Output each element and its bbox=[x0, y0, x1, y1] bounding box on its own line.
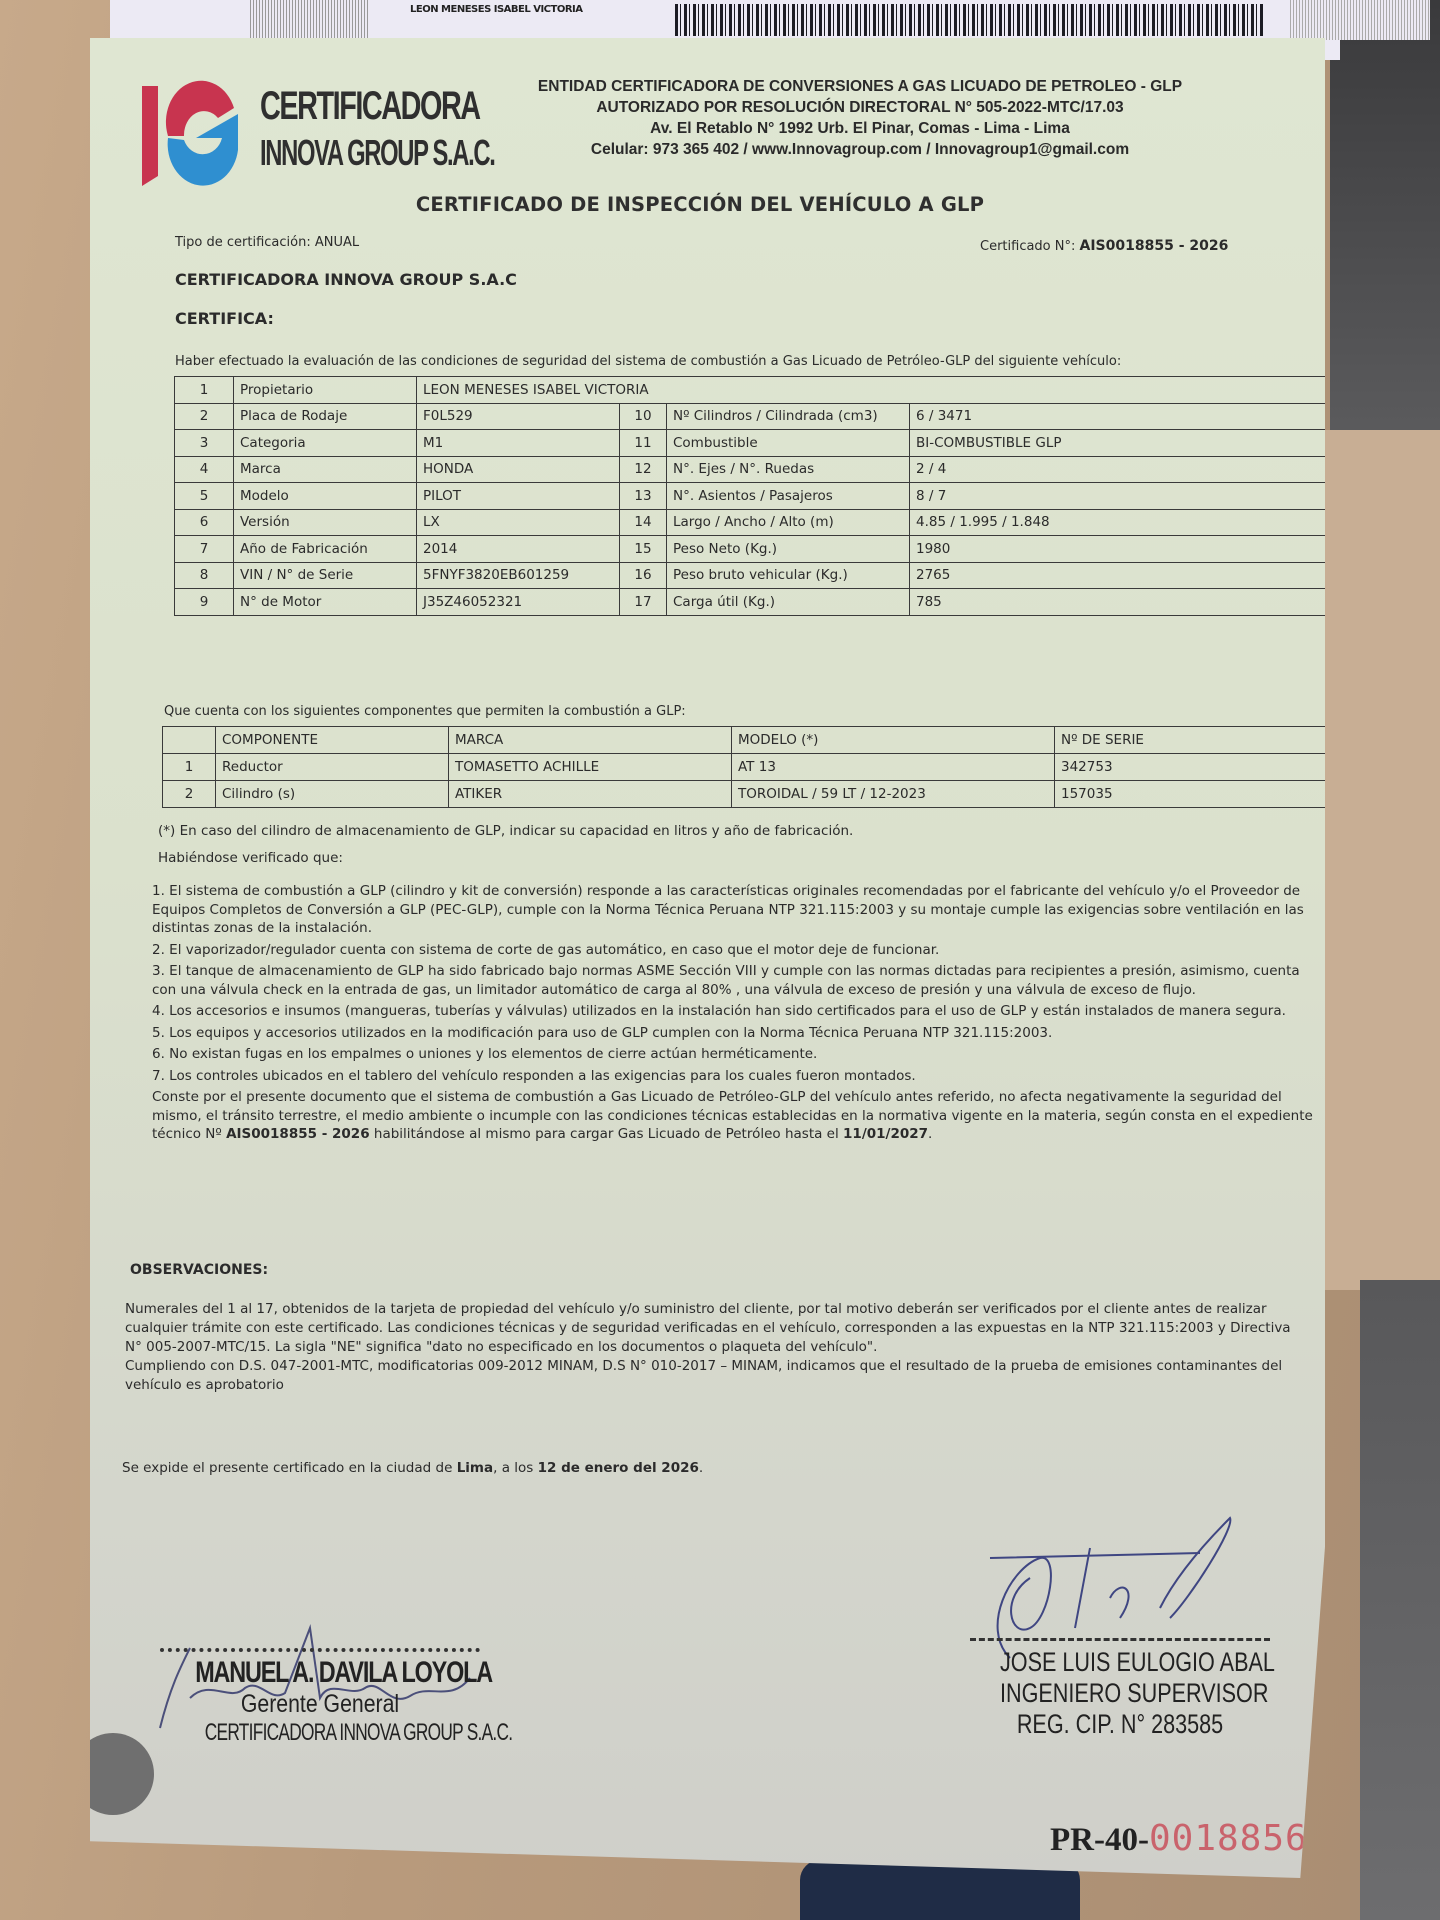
verified-item: 2. El vaporizador/regulador cuenta con s… bbox=[152, 941, 1322, 960]
row-number: 6 bbox=[175, 509, 234, 536]
component-cell: 342753 bbox=[1055, 754, 1332, 781]
certificate-page: CERTIFICADORA INNOVA GROUP S.A.C. ENTIDA… bbox=[90, 38, 1325, 1878]
issued-date: 12 de enero del 2026 bbox=[538, 1460, 699, 1476]
observation-1: Numerales del 1 al 17, obtenidos de la t… bbox=[125, 1300, 1310, 1357]
row-number: 2 bbox=[163, 781, 216, 808]
engineer-role: INGENIERO SUPERVISOR bbox=[1000, 1678, 1240, 1709]
manager-org: CERTIFICADORA INNOVA GROUP S.A.C. bbox=[205, 1719, 435, 1747]
field-label: Carga útil (Kg.) bbox=[667, 589, 910, 616]
field-value: PILOT bbox=[417, 483, 620, 510]
field-label: VIN / N° de Serie bbox=[234, 562, 417, 589]
field-value: 8 / 7 bbox=[910, 483, 1326, 510]
field-value: 1980 bbox=[910, 536, 1326, 563]
field-value: F0L529 bbox=[417, 403, 620, 430]
field-label: Placa de Rodaje bbox=[234, 403, 417, 430]
field-label: Propietario bbox=[234, 377, 417, 404]
field-value: 785 bbox=[910, 589, 1326, 616]
manager-role: Gerente General bbox=[184, 1690, 456, 1719]
verified-item: 6. No existan fugas en los empalmes o un… bbox=[152, 1045, 1322, 1064]
column-header: MODELO (*) bbox=[732, 727, 1055, 754]
field-value: 5FNYF3820EB601259 bbox=[417, 562, 620, 589]
field-label: N°. Asientos / Pasajeros bbox=[667, 483, 910, 510]
engineer-registration: REG. CIP. N° 283585 bbox=[1000, 1709, 1240, 1740]
table-row: 2Cilindro (s)ATIKERTOROIDAL / 59 LT / 12… bbox=[163, 781, 1332, 808]
cork-surface bbox=[1315, 430, 1440, 1290]
issued-statement: Se expide el presente certificado en la … bbox=[122, 1460, 703, 1476]
field-value: LX bbox=[417, 509, 620, 536]
row-number: 8 bbox=[175, 562, 234, 589]
component-cell: 157035 bbox=[1055, 781, 1332, 808]
observations-heading: OBSERVACIONES: bbox=[130, 1262, 268, 1278]
row-number: 2 bbox=[175, 403, 234, 430]
signature-line bbox=[970, 1638, 1270, 1641]
row-number: 1 bbox=[175, 377, 234, 404]
field-label: Combustible bbox=[667, 430, 910, 457]
field-value: LEON MENESES ISABEL VICTORIA bbox=[417, 377, 1326, 404]
vehicle-table: 1PropietarioLEON MENESES ISABEL VICTORIA… bbox=[174, 376, 1326, 616]
signature-block-engineer: JOSE LUIS EULOGIO ABAL INGENIERO SUPERVI… bbox=[970, 1638, 1270, 1740]
verified-item: 4. Los accesorios e insumos (mangueras, … bbox=[152, 1002, 1322, 1021]
field-label: Largo / Ancho / Alto (m) bbox=[667, 509, 910, 536]
issued-city: Lima bbox=[457, 1460, 493, 1476]
certificate-number-value: AIS0018855 - 2026 bbox=[1080, 238, 1229, 254]
verified-item: 5. Los equipos y accesorios utilizados e… bbox=[152, 1024, 1322, 1043]
field-label: Peso Neto (Kg.) bbox=[667, 536, 910, 563]
column-header: MARCA bbox=[449, 727, 732, 754]
field-value: 6 / 3471 bbox=[910, 403, 1326, 430]
logo-text-innova: INNOVA GROUP S.A.C. bbox=[260, 132, 495, 174]
row-number: 4 bbox=[175, 456, 234, 483]
table-row: 1PropietarioLEON MENESES ISABEL VICTORIA bbox=[175, 377, 1326, 404]
row-number: 3 bbox=[175, 430, 234, 457]
field-label: Marca bbox=[234, 456, 417, 483]
footnote: (*) En caso del cilindro de almacenamien… bbox=[158, 823, 853, 839]
row-number: 17 bbox=[620, 589, 667, 616]
table-row: 2Placa de RodajeF0L52910Nº Cilindros / C… bbox=[175, 403, 1326, 430]
observation-2: Cumpliendo con D.S. 047-2001-MTC, modifi… bbox=[125, 1357, 1310, 1395]
field-label: Modelo bbox=[234, 483, 417, 510]
expediente-number: AIS0018855 - 2026 bbox=[226, 1126, 370, 1142]
verified-intro: Habiéndose verificado que: bbox=[158, 850, 343, 866]
certificate-number: Certificado N°: AIS0018855 - 2026 bbox=[980, 238, 1228, 254]
component-cell: AT 13 bbox=[732, 754, 1055, 781]
back-hatch-pattern bbox=[250, 0, 370, 40]
authorization-line: AUTORIZADO POR RESOLUCIÓN DIRECTORAL N° … bbox=[530, 97, 1190, 118]
field-label: N°. Ejes / N°. Ruedas bbox=[667, 456, 910, 483]
row-number: 11 bbox=[620, 430, 667, 457]
table-header-row: COMPONENTEMARCAMODELO (*)Nº DE SERIE bbox=[163, 727, 1332, 754]
intro-text: Haber efectuado la evaluación de las con… bbox=[175, 354, 1121, 369]
components-intro: Que cuenta con los siguientes componente… bbox=[164, 704, 686, 719]
field-value: 2 / 4 bbox=[910, 456, 1326, 483]
field-label: Versión bbox=[234, 509, 417, 536]
company-logo: CERTIFICADORA INNOVA GROUP S.A.C. bbox=[138, 78, 468, 188]
field-value: M1 bbox=[417, 430, 620, 457]
row-number: 16 bbox=[620, 562, 667, 589]
column-header: COMPONENTE bbox=[216, 727, 449, 754]
dark-surface-bottom bbox=[1360, 1280, 1440, 1920]
component-cell: Cilindro (s) bbox=[216, 781, 449, 808]
component-cell: Reductor bbox=[216, 754, 449, 781]
signature-block-manager: MANUEL A. DAVILA LOYOLA Gerente General … bbox=[160, 1648, 480, 1747]
field-value: 4.85 / 1.995 / 1.848 bbox=[910, 509, 1326, 536]
back-hatch-pattern-right bbox=[1290, 0, 1430, 40]
field-value: 2014 bbox=[417, 536, 620, 563]
field-value: BI-COMBUSTIBLE GLP bbox=[910, 430, 1326, 457]
certification-type: Tipo de certificación: ANUAL bbox=[175, 235, 359, 250]
components-table: COMPONENTEMARCAMODELO (*)Nº DE SERIE1Red… bbox=[162, 726, 1332, 808]
observations: Numerales del 1 al 17, obtenidos de la t… bbox=[125, 1300, 1310, 1395]
column-header: Nº DE SERIE bbox=[1055, 727, 1332, 754]
row-number: 12 bbox=[620, 456, 667, 483]
contact-line: Celular: 973 365 402 / www.Innovagroup.c… bbox=[530, 139, 1190, 160]
serial-digits: 0018856 bbox=[1149, 1818, 1308, 1859]
table-row: 9N° de MotorJ35Z4605232117Carga útil (Kg… bbox=[175, 589, 1326, 616]
table-row: 3CategoriaM111CombustibleBI-COMBUSTIBLE … bbox=[175, 430, 1326, 457]
row-number: 5 bbox=[175, 483, 234, 510]
document-title: CERTIFICADO DE INSPECCIÓN DEL VEHÍCULO A… bbox=[340, 193, 1060, 216]
table-row: 1ReductorTOMASETTO ACHILLEAT 13342753 bbox=[163, 754, 1332, 781]
signature-line bbox=[160, 1648, 480, 1652]
row-number: 7 bbox=[175, 536, 234, 563]
component-cell: TOROIDAL / 59 LT / 12-2023 bbox=[732, 781, 1055, 808]
company-name: CERTIFICADORA INNOVA GROUP S.A.C bbox=[175, 270, 517, 289]
valid-until-date: 11/01/2027 bbox=[843, 1126, 928, 1142]
row-number: 9 bbox=[175, 589, 234, 616]
serial-number: PR-40-0018856 bbox=[1050, 1818, 1308, 1859]
row-number: 14 bbox=[620, 509, 667, 536]
logo-text-certificadora: CERTIFICADORA bbox=[260, 84, 480, 129]
manager-name: MANUEL A. DAVILA LOYOLA bbox=[195, 1656, 445, 1690]
entity-line: ENTIDAD CERTIFICADORA DE CONVERSIONES A … bbox=[530, 76, 1190, 97]
row-number: 1 bbox=[163, 754, 216, 781]
table-row: 4MarcaHONDA12N°. Ejes / N°. Ruedas2 / 4 bbox=[175, 456, 1326, 483]
verified-item: 3. El tanque de almacenamiento de GLP ha… bbox=[152, 962, 1322, 999]
table-row: 6VersiónLX14Largo / Ancho / Alto (m)4.85… bbox=[175, 509, 1326, 536]
engineer-name: JOSE LUIS EULOGIO ABAL bbox=[1000, 1647, 1240, 1678]
verified-items: 1. El sistema de combustión a GLP (cilin… bbox=[152, 882, 1322, 1147]
back-stamp-text: LEON MENESES ISABEL VICTORIA bbox=[410, 4, 583, 15]
field-label: N° de Motor bbox=[234, 589, 417, 616]
field-value: J35Z46052321 bbox=[417, 589, 620, 616]
field-label: Categoria bbox=[234, 430, 417, 457]
verified-item: 7. Los controles ubicados en el tablero … bbox=[152, 1067, 1322, 1086]
component-cell: ATIKER bbox=[449, 781, 732, 808]
conste-paragraph: Conste por el presente documento que el … bbox=[152, 1088, 1322, 1144]
row-number: 15 bbox=[620, 536, 667, 563]
table-row: 8VIN / N° de Serie5FNYF3820EB60125916Pes… bbox=[175, 562, 1326, 589]
verified-item: 1. El sistema de combustión a GLP (cilin… bbox=[152, 882, 1322, 938]
field-value: 2765 bbox=[910, 562, 1326, 589]
table-row: 5ModeloPILOT13N°. Asientos / Pasajeros8 … bbox=[175, 483, 1326, 510]
column-header bbox=[163, 727, 216, 754]
ig-logo-icon bbox=[138, 78, 258, 188]
address-line: Av. El Retablo N° 1992 Urb. El Pinar, Co… bbox=[530, 118, 1190, 139]
barcode bbox=[675, 4, 1265, 36]
component-cell: TOMASETTO ACHILLE bbox=[449, 754, 732, 781]
row-number: 10 bbox=[620, 403, 667, 430]
header-info: ENTIDAD CERTIFICADORA DE CONVERSIONES A … bbox=[530, 76, 1190, 160]
certificate-number-label: Certificado N°: bbox=[980, 239, 1075, 254]
field-label: Año de Fabricación bbox=[234, 536, 417, 563]
serial-prefix: PR-40- bbox=[1050, 1822, 1149, 1858]
field-value: HONDA bbox=[417, 456, 620, 483]
field-label: Nº Cilindros / Cilindrada (cm3) bbox=[667, 403, 910, 430]
table-row: 7Año de Fabricación201415Peso Neto (Kg.)… bbox=[175, 536, 1326, 563]
field-label: Peso bruto vehicular (Kg.) bbox=[667, 562, 910, 589]
certifica-heading: CERTIFICA: bbox=[175, 309, 274, 328]
row-number: 13 bbox=[620, 483, 667, 510]
dark-surface-top bbox=[1330, 0, 1440, 440]
